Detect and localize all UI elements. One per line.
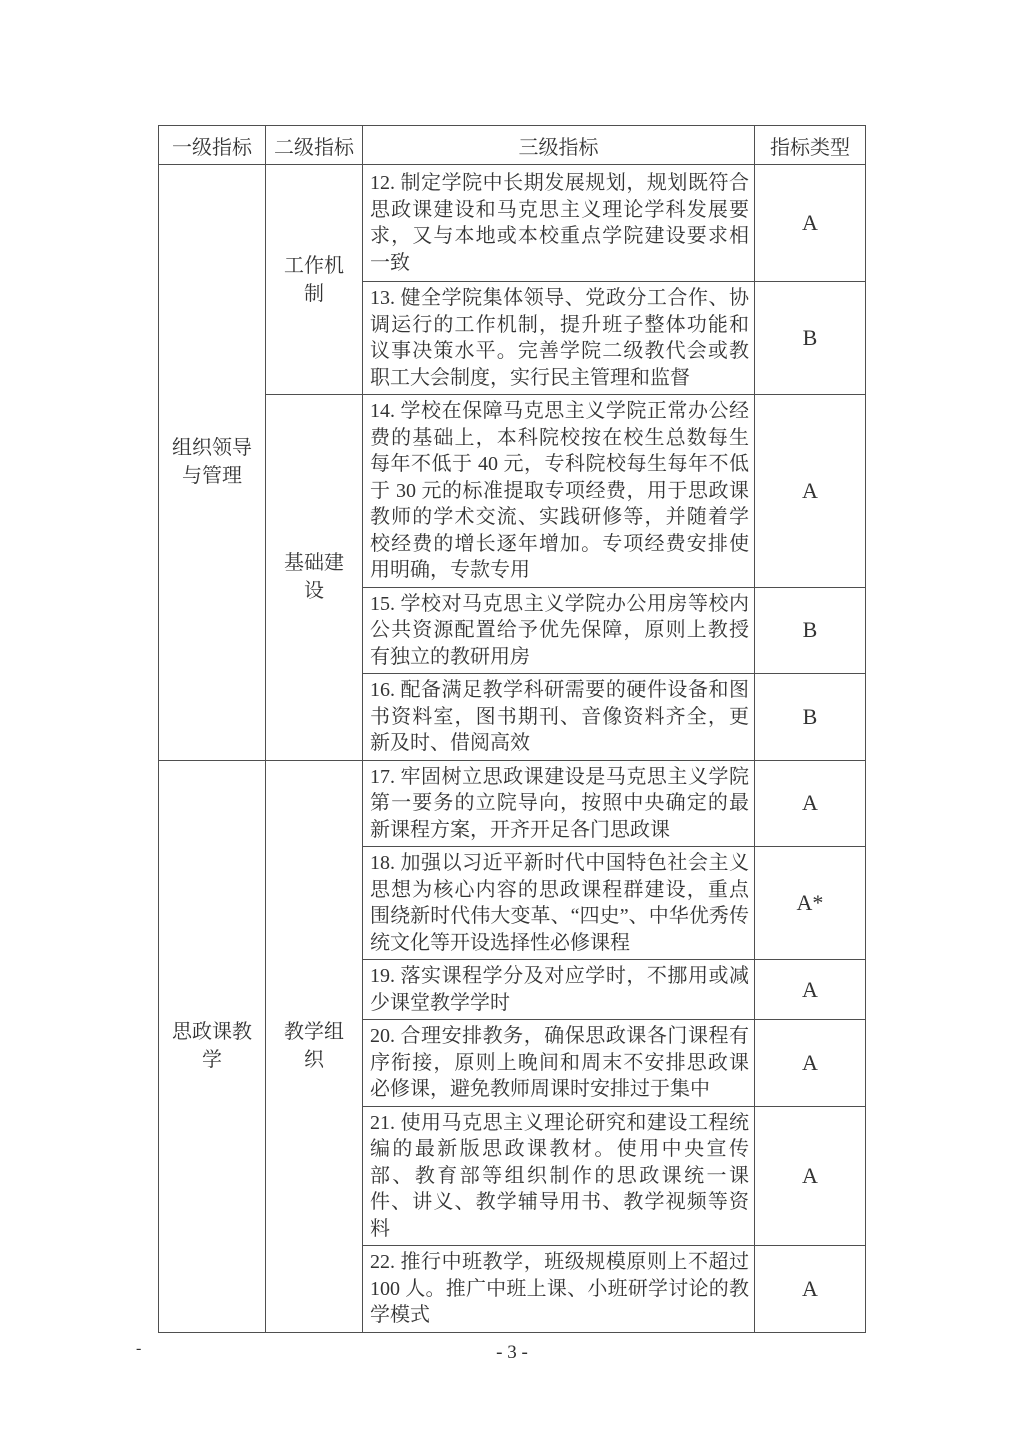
header-level2: 二级指标 bbox=[266, 126, 363, 165]
document-page: 一级指标 二级指标 三级指标 指标类型 组织领导与管理 工作机制 12. 制定学… bbox=[0, 0, 1024, 1448]
cell-level2-teaching-organization: 教学组织 bbox=[266, 760, 363, 1332]
header-level1: 一级指标 bbox=[159, 126, 266, 165]
cell-indicator-12: 12. 制定学院中长期发展规划，规划既符合思政课建设和马克思主义理论学科发展要求… bbox=[363, 165, 755, 282]
cell-indicator-15: 15. 学校对马克思主义学院办公用房等校内公共资源配置给予优先保障，原则上教授有… bbox=[363, 587, 755, 674]
header-indicator-type: 指标类型 bbox=[755, 126, 866, 165]
cell-type-15: B bbox=[755, 587, 866, 674]
indicator-table: 一级指标 二级指标 三级指标 指标类型 组织领导与管理 工作机制 12. 制定学… bbox=[158, 125, 866, 1333]
table-header-row: 一级指标 二级指标 三级指标 指标类型 bbox=[159, 126, 866, 165]
cell-indicator-22: 22. 推行中班教学，班级规模原则上不超过 100 人。推广中班上课、小班研学讨… bbox=[363, 1246, 755, 1333]
cell-type-20: A bbox=[755, 1020, 866, 1107]
cell-type-18: A* bbox=[755, 847, 866, 960]
cell-indicator-17: 17. 牢固树立思政课建设是马克思主义学院第一要务的立院导向，按照中央确定的最新… bbox=[363, 760, 755, 847]
cell-level1-ideological-course-teaching: 思政课教学 bbox=[159, 760, 266, 1332]
cell-type-22: A bbox=[755, 1246, 866, 1333]
cell-type-13: B bbox=[755, 282, 866, 395]
header-level3: 三级指标 bbox=[363, 126, 755, 165]
cell-level2-work-mechanism: 工作机制 bbox=[266, 165, 363, 395]
cell-indicator-18: 18. 加强以习近平新时代中国特色社会主义思想为核心内容的思政课程群建设，重点围… bbox=[363, 847, 755, 960]
cell-indicator-19: 19. 落实课程学分及对应学时，不挪用或减少课堂教学学时 bbox=[363, 960, 755, 1020]
cell-type-19: A bbox=[755, 960, 866, 1020]
cell-type-12: A bbox=[755, 165, 866, 282]
cell-indicator-14: 14. 学校在保障马克思主义学院正常办公经费的基础上，本科院校按在校生总数每生每… bbox=[363, 395, 755, 588]
footer-page-number: - 3 - bbox=[0, 1342, 1024, 1364]
cell-level2-basic-construction: 基础建设 bbox=[266, 395, 363, 761]
cell-indicator-21: 21. 使用马克思主义理论研究和建设工程统编的最新版思政课教材。使用中央宣传部、… bbox=[363, 1106, 755, 1246]
cell-indicator-13: 13. 健全学院集体领导、党政分工合作、协调运行的工作机制，提升班子整体功能和议… bbox=[363, 282, 755, 395]
cell-type-14: A bbox=[755, 395, 866, 588]
table-row: 组织领导与管理 工作机制 12. 制定学院中长期发展规划，规划既符合思政课建设和… bbox=[159, 165, 866, 282]
table-row: 基础建设 14. 学校在保障马克思主义学院正常办公经费的基础上，本科院校按在校生… bbox=[159, 395, 866, 588]
cell-type-16: B bbox=[755, 674, 866, 761]
cell-type-17: A bbox=[755, 760, 866, 847]
cell-level1-organization-leadership: 组织领导与管理 bbox=[159, 165, 266, 761]
cell-indicator-16: 16. 配备满足教学科研需要的硬件设备和图书资料室，图书期刊、音像资料齐全，更新… bbox=[363, 674, 755, 761]
cell-indicator-20: 20. 合理安排教务，确保思政课各门课程有序衔接，原则上晚间和周末不安排思政课必… bbox=[363, 1020, 755, 1107]
table-row: 思政课教学 教学组织 17. 牢固树立思政课建设是马克思主义学院第一要务的立院导… bbox=[159, 760, 866, 847]
cell-type-21: A bbox=[755, 1106, 866, 1246]
